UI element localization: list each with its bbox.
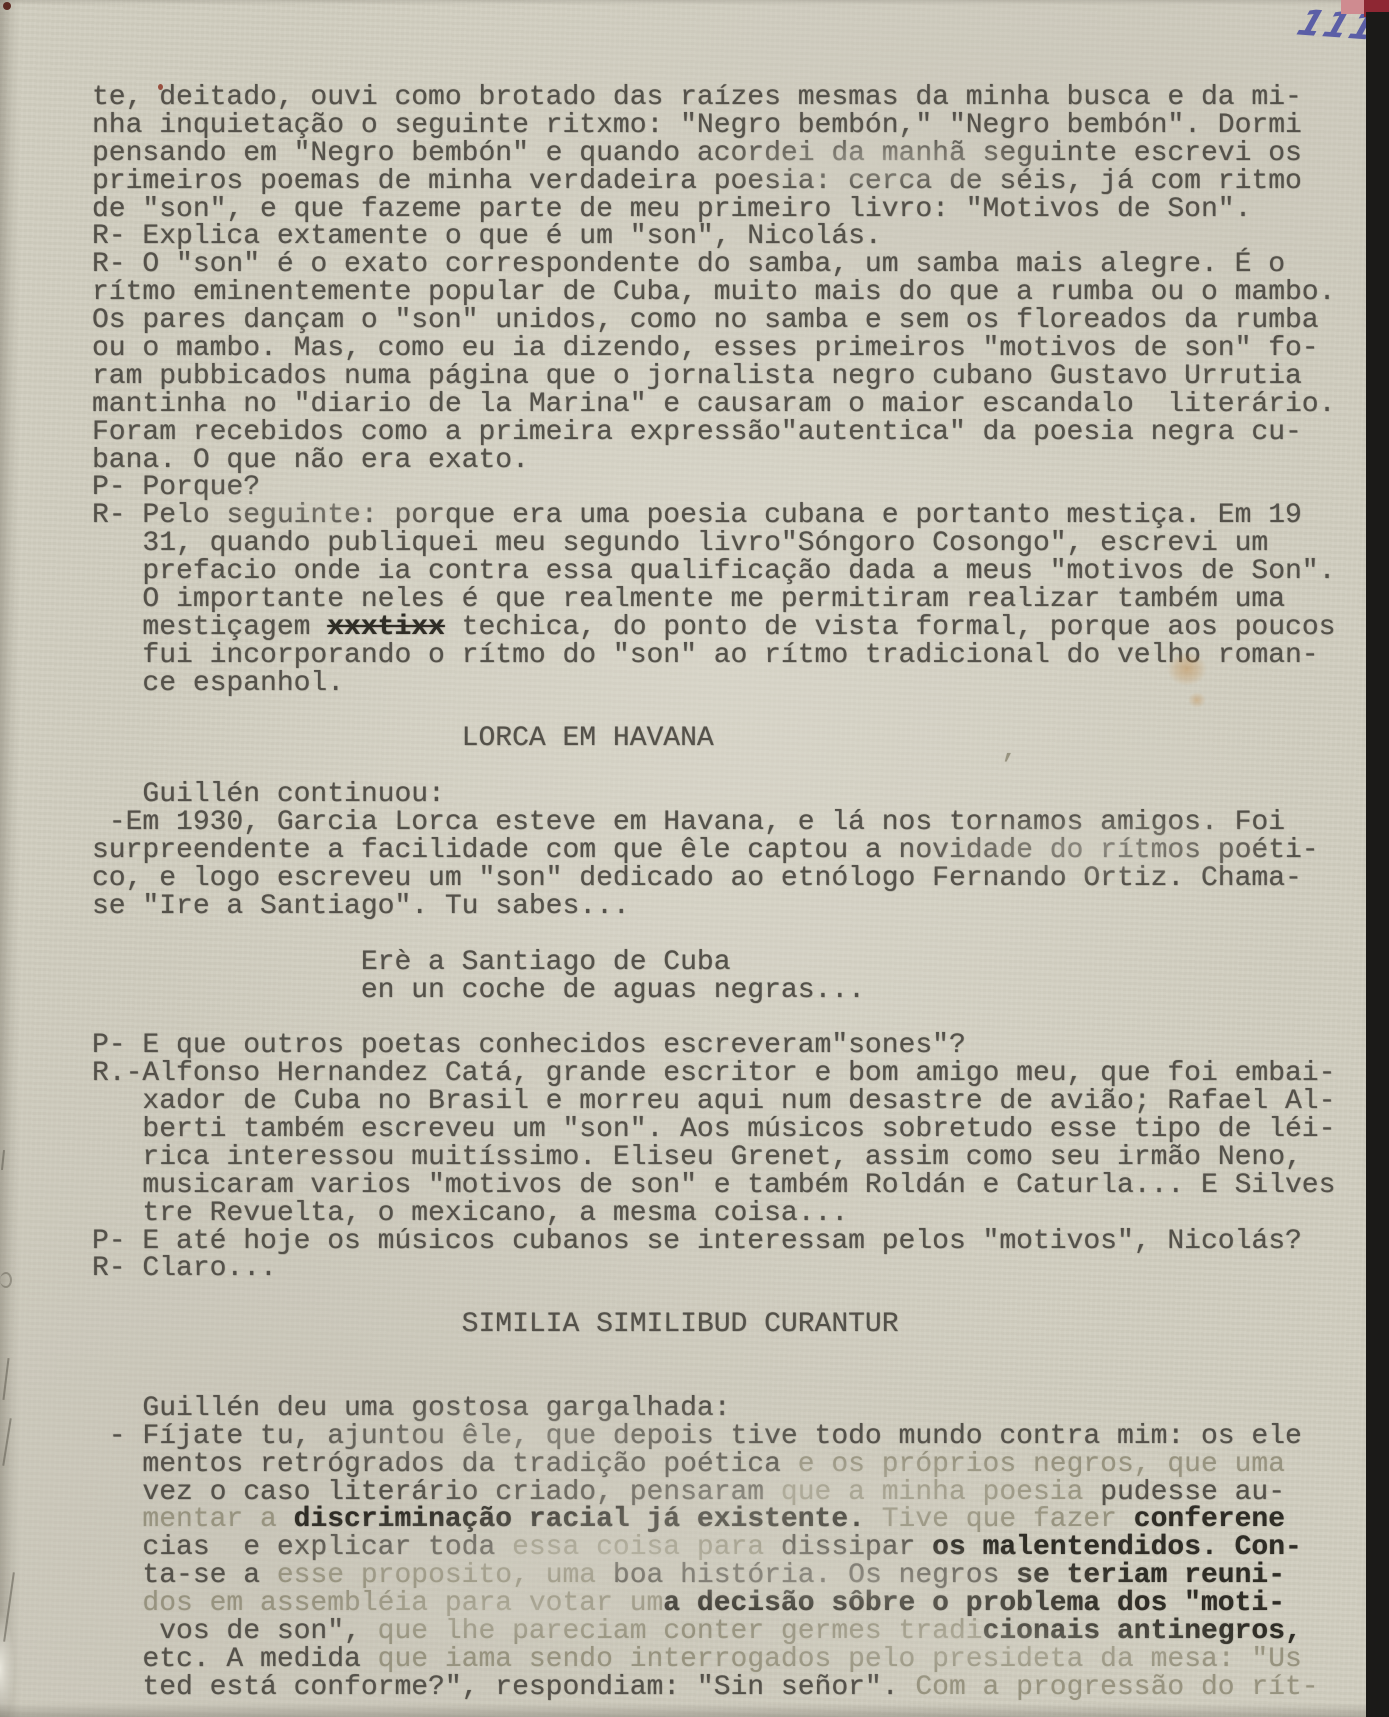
- ink-speck: [158, 84, 163, 90]
- text-line: -Em 1930, Garcia Lorca esteve em Havana,…: [92, 809, 1359, 837]
- text-line: ted está conforme?", respondiam: "Sin se…: [92, 1674, 1359, 1702]
- text-line: O importante neles é que realmente me pe…: [92, 586, 1359, 614]
- blank-line: [92, 1004, 1359, 1032]
- text-line: vos de son", que lhe pareciam conter ger…: [92, 1618, 1359, 1646]
- text-line: P- Porque?: [92, 474, 1359, 502]
- blank-line: [92, 1367, 1359, 1395]
- text-line: Guillén deu uma gostosa gargalhada:: [92, 1395, 1359, 1423]
- section-heading: LORCA EM HAVANA: [92, 725, 1359, 753]
- text-line: Guillén continuou:: [92, 781, 1359, 809]
- text-line: R- Explica extamente o que é um "son", N…: [92, 223, 1359, 251]
- blank-line: [92, 1283, 1359, 1311]
- ink-speck: [3, 2, 11, 10]
- text-line: berti também escreveu um "son". Aos músi…: [92, 1116, 1359, 1144]
- text-line: ta-se a esse proposito, uma boa história…: [92, 1562, 1359, 1590]
- rust-stain: [1167, 652, 1207, 686]
- scan-bottom-shadow: [0, 1703, 1389, 1717]
- text-line: musicaram varios "motivos de son" e tamb…: [92, 1172, 1359, 1200]
- text-line: te, deitado, ouvi como brotado das raíze…: [92, 84, 1359, 112]
- text-line: de "son", e que fazeme parte de meu prim…: [92, 196, 1359, 224]
- text-line: R- O "son" é o exato correspondente do s…: [92, 251, 1359, 279]
- text-line: bana. O que não era exato.: [92, 447, 1359, 475]
- text-line: R- Claro...: [92, 1255, 1359, 1283]
- text-line: dos em assembléia para votar uma decisão…: [92, 1590, 1359, 1618]
- text-line: rica interessou muitíssimo. Eliseu Grene…: [92, 1144, 1359, 1172]
- typewritten-text: te, deitado, ouvi como brotado das raíze…: [92, 84, 1359, 1702]
- text-line: rítmo eminentemente popular de Cuba, mui…: [92, 279, 1359, 307]
- text-line: cias e explicar toda essa coisa para dis…: [92, 1534, 1359, 1562]
- verse-line: en un coche de aguas negras...: [92, 977, 1359, 1005]
- text-line: prefacio onde ia contra essa qualificaçã…: [92, 558, 1359, 586]
- scan-top-shadow: [0, 0, 1389, 5]
- text-line: primeiros poemas de minha verdadeira poe…: [92, 168, 1359, 196]
- text-line: mestiçagem xxxtixx techica, do ponto de …: [92, 614, 1359, 642]
- text-line: Os pares dançam o "son" unidos, como no …: [92, 307, 1359, 335]
- text-line: - Fíjate tu, ajuntou êle, que depois tiv…: [92, 1423, 1359, 1451]
- text-line: ram pubbicados numa página que o jornali…: [92, 363, 1359, 391]
- scanned-page: te, deitado, ouvi como brotado das raíze…: [0, 0, 1389, 1717]
- blank-line: [92, 921, 1359, 949]
- text-line: mentar a discriminação racial já existen…: [92, 1506, 1359, 1534]
- text-line: P- E que outros poetas conhecidos escrev…: [92, 1032, 1359, 1060]
- blank-line: [92, 698, 1359, 726]
- blank-line: [92, 1339, 1359, 1367]
- text-line: surpreendente a facilidade com que êle c…: [92, 837, 1359, 865]
- text-line: co, e logo escreveu um "son" dedicado ao…: [92, 865, 1359, 893]
- text-line: mantinha no "diario de la Marina" e caus…: [92, 391, 1359, 419]
- section-heading: SIMILIA SIMILIBUD CURANTUR: [92, 1311, 1359, 1339]
- verse-line: Erè a Santiago de Cuba: [92, 949, 1359, 977]
- text-line: ou o mambo. Mas, como eu ia dizendo, ess…: [92, 335, 1359, 363]
- text-line: tre Revuelta, o mexicano, a mesma coisa.…: [92, 1200, 1359, 1228]
- text-line: ’: [92, 753, 1359, 781]
- text-line: xador de Cuba no Brasil e morreu aqui nu…: [92, 1088, 1359, 1116]
- text-line: se "Ire a Santiago". Tu sabes...: [92, 893, 1359, 921]
- text-line: Foram recebidos como a primeira expressã…: [92, 419, 1359, 447]
- text-line: R- Pelo seguinte: porque era uma poesia …: [92, 502, 1359, 530]
- scan-edge-black-band: [1366, 12, 1389, 1717]
- text-line: mentos retrógrados da tradição poética e…: [92, 1451, 1359, 1479]
- text-line: nha inquietação o seguinte ritxmo: "Negr…: [92, 112, 1359, 140]
- text-line: P- E até hoje os músicos cubanos se inte…: [92, 1228, 1359, 1256]
- rust-stain: [1188, 692, 1206, 708]
- text-line: 31, quando publiquei meu segundo livro"S…: [92, 530, 1359, 558]
- text-line: pensando em "Negro bembón" e quando acor…: [92, 140, 1359, 168]
- margin-pencil-mark: [0, 1272, 12, 1288]
- text-line: etc. A medida que iama sendo interrogado…: [92, 1646, 1359, 1674]
- text-line: R.-Alfonso Hernandez Catá, grande escrit…: [92, 1060, 1359, 1088]
- text-line: vez o caso literário criado, pensaram qu…: [92, 1479, 1359, 1507]
